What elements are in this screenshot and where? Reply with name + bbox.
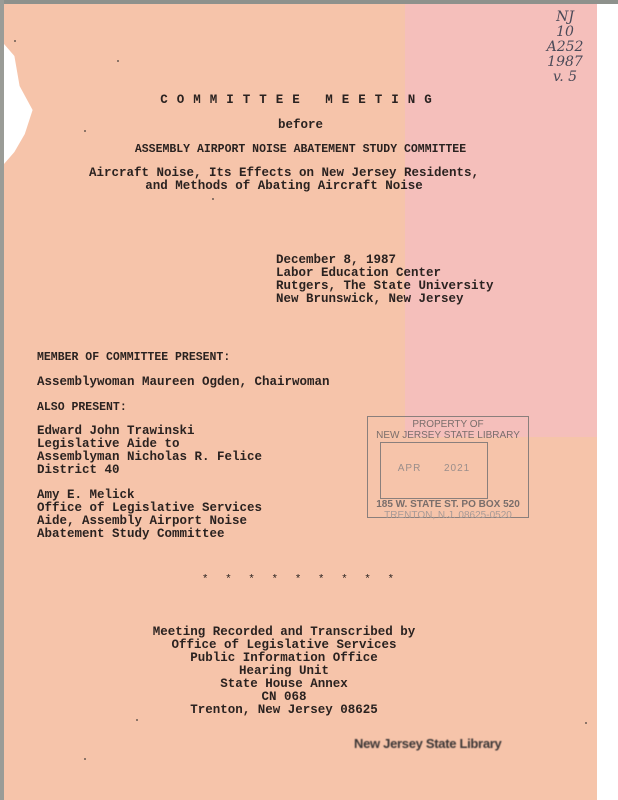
members-heading: MEMBER OF COMMITTEE PRESENT: bbox=[37, 351, 230, 365]
paper-speck bbox=[136, 719, 138, 721]
credit-line: Trenton, New Jersey 08625 bbox=[4, 704, 564, 718]
stamp-date-box: APR 2021 bbox=[380, 442, 488, 499]
document-title: COMMITTEE MEETING bbox=[4, 93, 597, 107]
scan-margin bbox=[597, 4, 618, 800]
attendee-2-role: Abatement Study Committee bbox=[37, 528, 225, 542]
paper-speck bbox=[84, 130, 86, 132]
state-library-stamp: New Jersey State Library bbox=[354, 736, 501, 751]
before-label: before bbox=[4, 119, 597, 133]
library-property-stamp: PROPERTY OF NEW JERSEY STATE LIBRARY APR… bbox=[367, 416, 529, 518]
subject-line-2: and Methods of Abating Aircraft Noise bbox=[4, 180, 564, 194]
paper-speck bbox=[14, 40, 16, 42]
section-separator: * * * * * * * * * bbox=[4, 574, 597, 586]
meeting-city: New Brunswick, New Jersey bbox=[276, 293, 464, 307]
document-page: NJ 10 A252 1987 v. 5 COMMITTEE MEETING b… bbox=[4, 4, 597, 800]
paper-speck bbox=[117, 60, 119, 62]
attendee-1-district: District 40 bbox=[37, 464, 120, 478]
handwritten-call-number: NJ 10 A252 1987 v. 5 bbox=[532, 10, 598, 85]
paper-speck bbox=[84, 758, 86, 760]
committee-name: ASSEMBLY AIRPORT NOISE ABATEMENT STUDY C… bbox=[4, 143, 597, 157]
paper-speck bbox=[212, 198, 214, 200]
paper-speck bbox=[585, 722, 587, 724]
member-chairwoman: Assemblywoman Maureen Ogden, Chairwoman bbox=[37, 376, 330, 390]
also-present-heading: ALSO PRESENT: bbox=[37, 401, 127, 415]
